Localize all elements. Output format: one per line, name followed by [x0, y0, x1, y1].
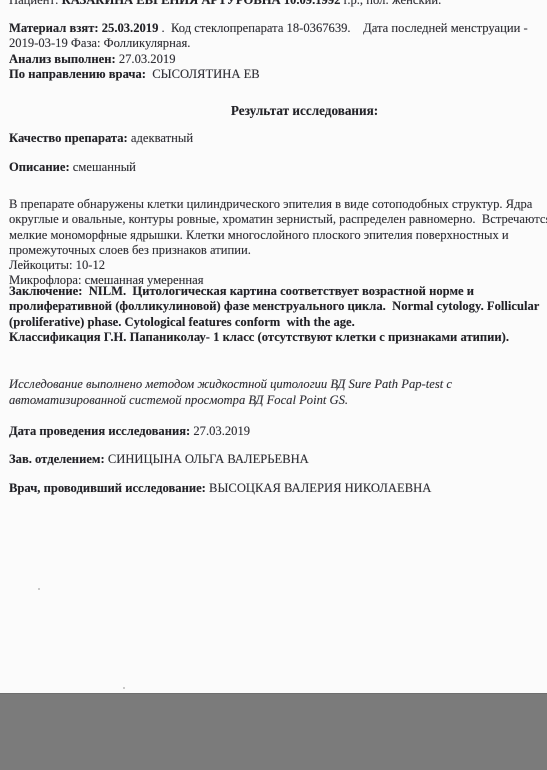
- description-value: смешанный: [70, 160, 136, 174]
- exam-date-label: Дата проведения исследования:: [9, 424, 190, 438]
- examining-doctor-value: ВЫСОЦКАЯ ВАЛЕРИЯ НИКОЛАЕВНА: [206, 481, 431, 495]
- method-note-line: автоматизированной системой просмотра ВД…: [9, 393, 452, 409]
- method-note: Исследование выполнено методом жидкостно…: [9, 377, 452, 409]
- conclusion-line: Заключение: NILM. Цитологическая картина…: [9, 284, 539, 299]
- result-heading: Результат исследования:: [31, 103, 547, 118]
- scan-noise-speck: [123, 687, 125, 689]
- referring-doctor-value: СЫСОЛЯТИНА ЕВ: [146, 67, 260, 81]
- specimen-quality-label: Качество препарата:: [9, 131, 128, 145]
- specimen-quality-value: адекватный: [128, 131, 193, 145]
- description-line: Описание: смешанный: [9, 160, 136, 175]
- phase-line: 2019-03-19 Фаза: Фолликулярная.: [9, 36, 528, 51]
- conclusion-line: (proliferative) phase. Cytological featu…: [9, 315, 539, 330]
- analysis-date-label: Анализ выполнен:: [9, 52, 116, 66]
- exam-date-line: Дата проведения исследования: 27.03.2019: [9, 424, 250, 439]
- specimen-quality-line: Качество препарата: адекватный: [9, 131, 193, 146]
- department-head-value: СИНИЦЫНА ОЛЬГА ВАЛЕРЬЕВНА: [105, 452, 309, 466]
- department-head-line: Зав. отделением: СИНИЦЫНА ОЛЬГА ВАЛЕРЬЕВ…: [9, 452, 309, 467]
- microscopy-line: В препарате обнаружены клетки цилиндриче…: [9, 197, 547, 212]
- material-taken-label: Материал взят: 25.03.2019: [9, 21, 158, 35]
- leukocytes-line: Лейкоциты: 10-12: [9, 258, 547, 273]
- classification-line: Классификация Г.Н. Папаниколау- 1 класс …: [9, 330, 539, 345]
- header-block: Материал взят: 25.03.2019 . Код стеклопр…: [9, 21, 528, 82]
- examining-doctor-line: Врач, проводивший исследование: ВЫСОЦКАЯ…: [9, 481, 431, 496]
- microscopy-line: промежуточных слоев без признаков атипии…: [9, 243, 547, 258]
- examining-doctor-label: Врач, проводивший исследование:: [9, 481, 206, 495]
- slide-code-and-lmp: . Код стеклопрепарата 18-0367639. Дата п…: [158, 21, 527, 35]
- method-note-line: Исследование выполнено методом жидкостно…: [9, 377, 452, 393]
- analysis-date-value: 27.03.2019: [116, 52, 176, 66]
- patient-name-dob: КАЗАКИНА ЕВГЕНИЯ АРТУРОВНА 10.09.1992: [62, 0, 341, 7]
- conclusion-paragraph: Заключение: NILM. Цитологическая картина…: [9, 284, 539, 345]
- scan-background-gutter: [0, 693, 547, 770]
- scan-noise-speck: [38, 588, 40, 590]
- microscopy-line: округлые и овальные, контуры ровные, хро…: [9, 212, 547, 227]
- patient-label: Пациент:: [9, 0, 62, 7]
- description-label: Описание:: [9, 160, 70, 174]
- patient-sex: г.р., пол: женский.: [340, 0, 441, 7]
- microscopy-paragraph: В препарате обнаружены клетки цилиндриче…: [9, 197, 547, 289]
- patient-line: Пациент: КАЗАКИНА ЕВГЕНИЯ АРТУРОВНА 10.0…: [9, 0, 441, 8]
- referring-doctor-line: По направлению врача: СЫСОЛЯТИНА ЕВ: [9, 67, 528, 82]
- exam-date-value: 27.03.2019: [190, 424, 250, 438]
- material-taken-line: Материал взят: 25.03.2019 . Код стеклопр…: [9, 21, 528, 36]
- microscopy-line: мелкие мономорфные ядрышки. Клетки много…: [9, 228, 547, 243]
- department-head-label: Зав. отделением:: [9, 452, 105, 466]
- conclusion-line: пролиферативной (фолликулиновой) фазе ме…: [9, 299, 539, 314]
- scanned-report-page: Пациент: КАЗАКИНА ЕВГЕНИЯ АРТУРОВНА 10.0…: [0, 0, 547, 693]
- referring-doctor-label: По направлению врача:: [9, 67, 146, 81]
- analysis-date-line: Анализ выполнен: 27.03.2019: [9, 52, 528, 67]
